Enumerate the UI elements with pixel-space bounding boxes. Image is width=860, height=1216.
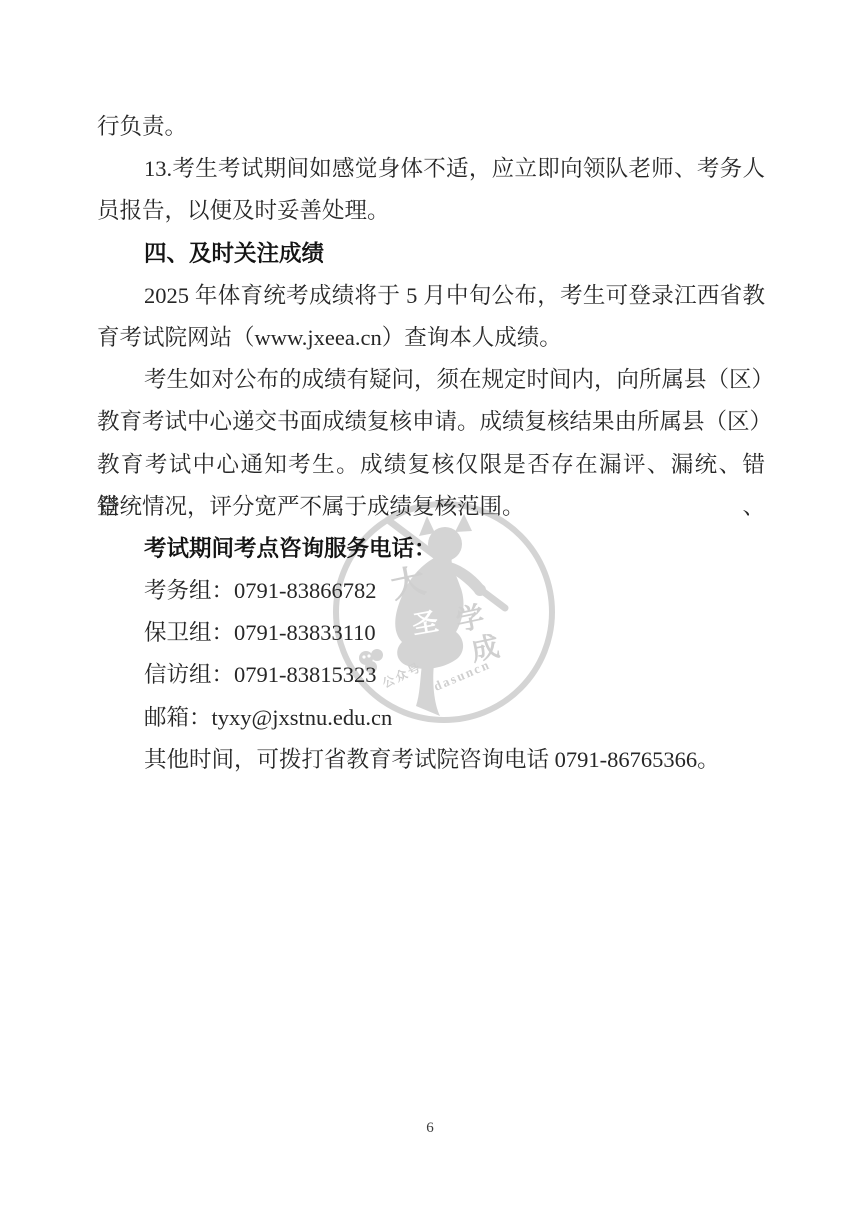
document-line: 教育考试中心通知考生。成绩复核仅限是否存在漏评、漏统、错登、: [97, 444, 765, 486]
contact-phones-heading: 考试期间考点咨询服务电话：: [97, 528, 765, 570]
section-heading-results: 四、及时关注成绩: [97, 233, 765, 275]
email-line: 邮箱：tyxy@jxstnu.edu.cn: [97, 697, 765, 739]
document-line: 育考试院网站（www.jxeea.cn）查询本人成绩。: [97, 317, 765, 359]
other-hours-phone-line: 其他时间，可拨打省教育考试院咨询电话 0791-86765366。: [97, 739, 765, 781]
phone-line-petition: 信访组：0791-83815323: [97, 654, 765, 696]
document-line: 2025 年体育统考成绩将于 5 月中旬公布，考生可登录江西省教: [97, 275, 765, 317]
page-number: 6: [0, 1120, 860, 1137]
document-page: 大 圣 学 成 公众号 dasuncn 行负责。 13.考生考试期间如感觉身体不…: [0, 0, 860, 1216]
document-line: 教育考试中心递交书面成绩复核申请。成绩复核结果由所属县（区）: [97, 401, 765, 443]
document-line: 13.考生考试期间如感觉身体不适，应立即向领队老师、考务人: [97, 148, 765, 190]
phone-line-security: 保卫组：0791-83833110: [97, 612, 765, 654]
document-body: 行负责。 13.考生考试期间如感觉身体不适，应立即向领队老师、考务人 员报告，以…: [97, 106, 765, 781]
phone-line-exam-affairs: 考务组：0791-83866782: [97, 570, 765, 612]
document-line: 员报告，以便及时妥善处理。: [97, 190, 765, 232]
document-line: 行负责。: [97, 106, 765, 148]
document-line: 考生如对公布的成绩有疑问，须在规定时间内，向所属县（区）: [97, 359, 765, 401]
